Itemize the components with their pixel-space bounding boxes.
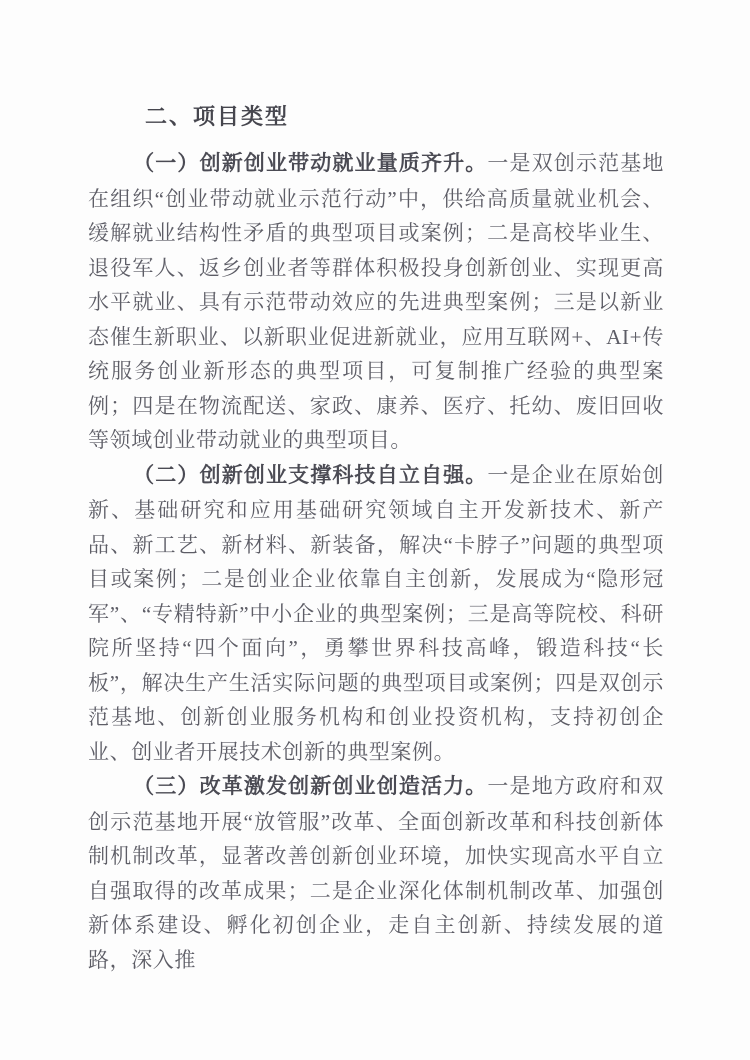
paragraph-2-lead: （二）创新创业支撑科技自立自强。 [133,464,487,487]
section-heading: 二、项目类型 [88,102,664,132]
paragraph-3-body: 一是地方政府和双创示范基地开展“放管服”改革、全面创新改革和科技创新体制机制改革… [88,774,664,972]
paragraph-1-body: 一是双创示范基地在组织“创业带动就业示范行动”中，供给高质量就业机会、缓解就业结… [88,151,664,452]
paragraph-3-lead: （三）改革激发创新创业创造活力。 [133,775,487,798]
paragraph-2-body: 一是企业在原始创新、基础研究和应用基础研究领域自主开发新技术、新产品、新工艺、新… [88,463,664,764]
paragraph-1-lead: （一）创新创业带动就业量质齐升。 [133,152,487,175]
document-page: 二、项目类型 （一）创新创业带动就业量质齐升。一是双创示范基地在组织“创业带动就… [0,0,750,1060]
paragraph-2: （二）创新创业支撑科技自立自强。一是企业在原始创新、基础研究和应用基础研究领域自… [88,458,664,770]
paragraph-3: （三）改革激发创新创业创造活力。一是地方政府和双创示范基地开展“放管服”改革、全… [88,769,664,977]
paragraph-1: （一）创新创业带动就业量质齐升。一是双创示范基地在组织“创业带动就业示范行动”中… [88,146,664,458]
